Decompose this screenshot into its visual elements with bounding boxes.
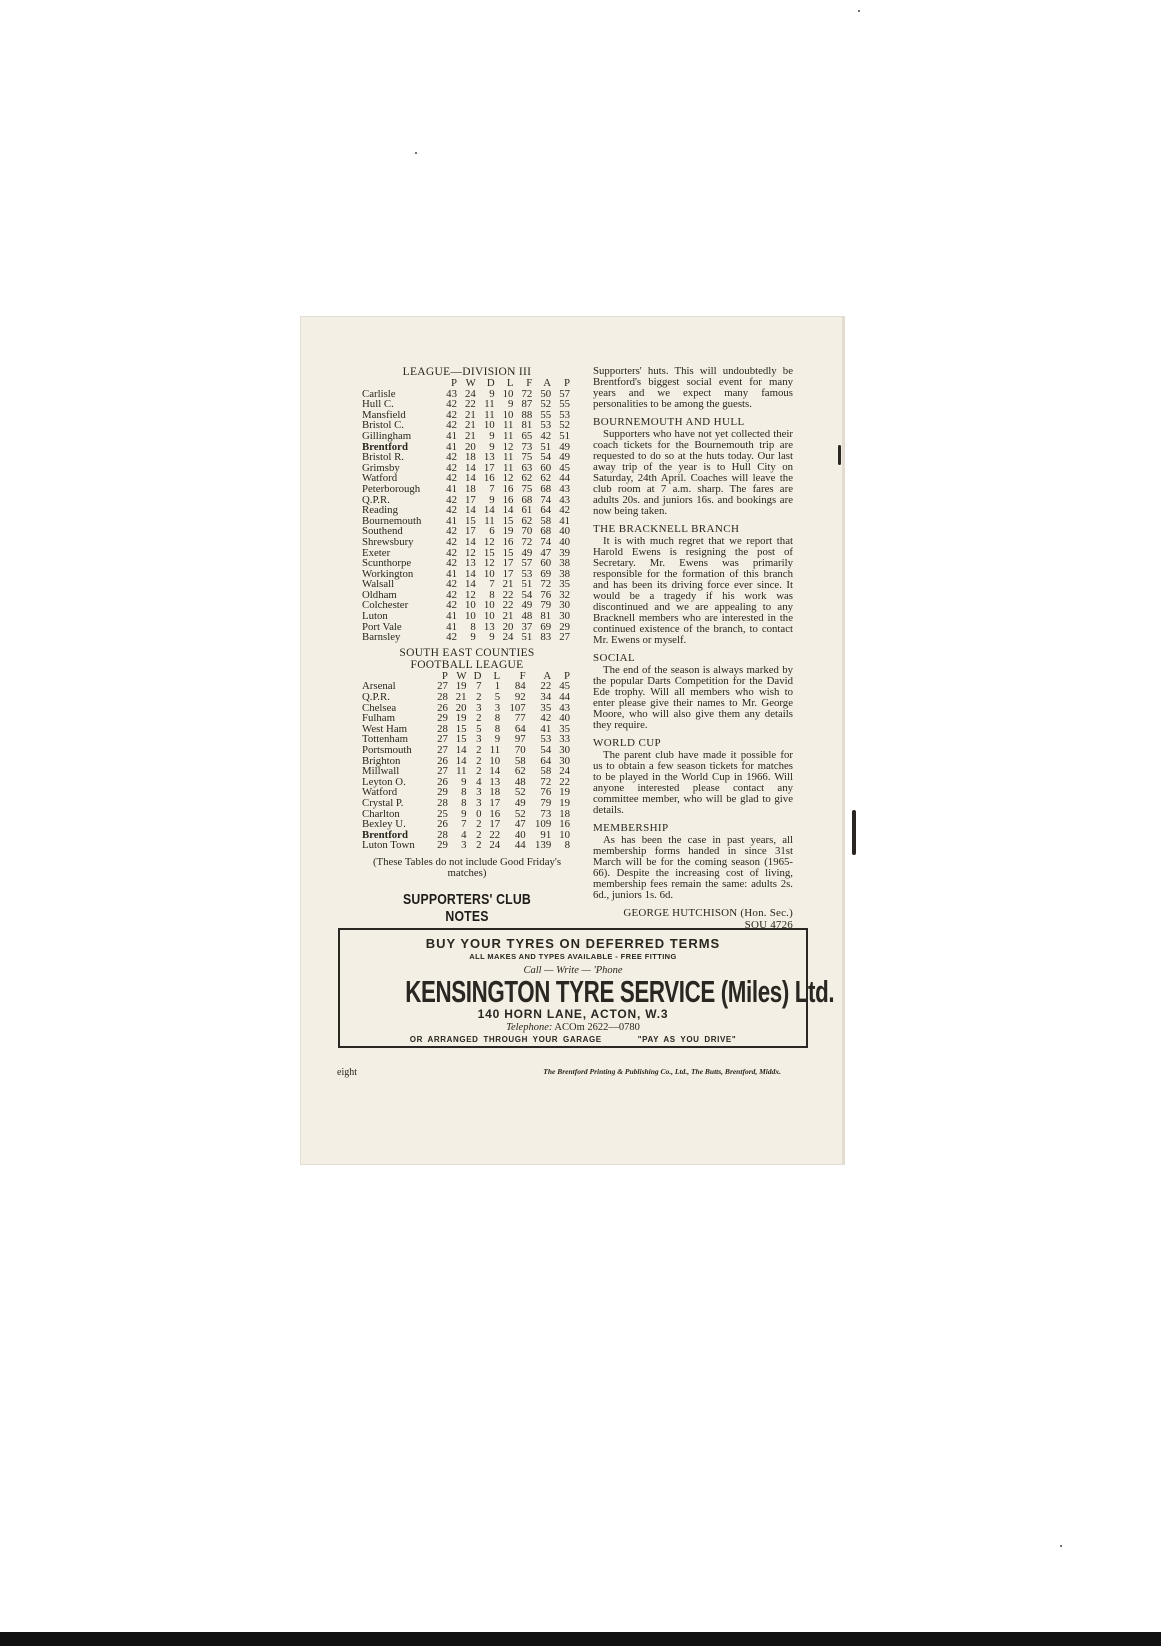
tables-note: (These Tables do not include Good Friday… — [362, 857, 572, 879]
stat-pts: 40 — [553, 537, 572, 548]
advert-address: 140 HORN LANE, ACTON, W.3 — [340, 1007, 806, 1021]
stat-p: 41 — [440, 484, 459, 495]
advert-slogan: "PAY AS YOU DRIVE" — [638, 1035, 737, 1044]
membership-heading: MEMBERSHIP — [593, 822, 793, 834]
column-header: A — [534, 378, 553, 389]
bournemouth-hull-text: Supporters who have not yet collected th… — [593, 429, 793, 517]
tyre-advert: BUY YOUR TYRES ON DEFERRED TERMS ALL MAK… — [338, 928, 808, 1048]
stat-l: 16 — [497, 537, 516, 548]
column-header: L — [497, 378, 516, 389]
stat-p: 41 — [440, 431, 459, 442]
secl-table: PWDLFAP Arsenal271971842245Q.P.R.2821259… — [362, 671, 572, 851]
secl-title-2: FOOTBALL LEAGUE — [362, 659, 572, 671]
stat-l: 24 — [497, 632, 516, 643]
stat-a: 54 — [528, 745, 554, 756]
column-header-team — [362, 378, 440, 389]
stat-d: 12 — [478, 537, 497, 548]
stat-w: 14 — [450, 745, 469, 756]
stat-a: 68 — [534, 484, 553, 495]
table-row: Crystal P.288317497919 — [362, 798, 572, 809]
stat-w: 8 — [450, 798, 469, 809]
world-cup-heading: WORLD CUP — [593, 737, 793, 749]
printer-credit: The Brentford Printing & Publishing Co.,… — [543, 1067, 781, 1076]
column-header: W — [459, 378, 478, 389]
advert-telephone-line: Telephone: ACOm 2622—0780 — [340, 1022, 806, 1033]
stat-a: 79 — [528, 798, 554, 809]
stat-w: 21 — [459, 431, 478, 442]
stat-f: 75 — [515, 484, 534, 495]
binding-mark — [852, 810, 856, 855]
stat-d: 7 — [478, 484, 497, 495]
advert-garage-text: OR ARRANGED THROUGH YOUR GARAGE — [410, 1035, 602, 1044]
team-name: Gillingham — [362, 431, 440, 442]
stat-pts: 30 — [553, 745, 572, 756]
table-row: Portsmouth2714211705430 — [362, 745, 572, 756]
membership-text: As has been the case in past years, all … — [593, 835, 793, 901]
team-name: Barnsley — [362, 632, 440, 643]
dinner-dance-continued: Supporters' huts. This will undoubtedly … — [593, 366, 793, 410]
stat-p: 27 — [431, 745, 450, 756]
binding-mark — [838, 445, 841, 465]
stat-d: 3 — [469, 798, 484, 809]
stat-l: 17 — [483, 798, 502, 809]
speck — [858, 10, 860, 12]
team-name: Peterborough — [362, 484, 440, 495]
advert-company-name: KENSINGTON TYRE SERVICE (Miles) Ltd. — [405, 975, 741, 1009]
column-header: D — [478, 378, 497, 389]
team-name: Portsmouth — [362, 745, 431, 756]
stat-d: 2 — [469, 745, 484, 756]
left-column: LEAGUE—DIVISION III PWDLFAP Carlisle4324… — [362, 366, 572, 962]
stat-pts: 19 — [553, 798, 572, 809]
telephone-number: ACOm 2622—0780 — [554, 1022, 639, 1033]
team-name: Crystal P. — [362, 798, 431, 809]
stat-a: 42 — [534, 431, 553, 442]
stat-l: 24 — [483, 840, 502, 851]
stat-a: 139 — [528, 840, 554, 851]
stat-p: 42 — [440, 537, 459, 548]
stat-w: 9 — [459, 632, 478, 643]
stat-pts: 27 — [553, 632, 572, 643]
column-header: F — [515, 378, 534, 389]
advert-subline: ALL MAKES AND TYPES AVAILABLE - FREE FIT… — [340, 952, 806, 961]
column-header: P — [553, 378, 572, 389]
table-row: Luton Town293224441398 — [362, 840, 572, 851]
signature: GEORGE HUTCHISON (Hon. Sec.) — [593, 907, 793, 919]
speck — [1060, 1545, 1062, 1547]
stat-f: 44 — [502, 840, 528, 851]
stat-w: 18 — [459, 484, 478, 495]
advert-headline: BUY YOUR TYRES ON DEFERRED TERMS — [340, 936, 806, 951]
team-name: Luton Town — [362, 840, 431, 851]
stat-pts: 43 — [553, 484, 572, 495]
page-number: eight — [337, 1067, 357, 1078]
stat-pts: 8 — [553, 840, 572, 851]
table-row: Peterborough4118716756843 — [362, 484, 572, 495]
stat-f: 51 — [515, 632, 534, 643]
column-header: P — [440, 378, 459, 389]
team-name: Shrewsbury — [362, 537, 440, 548]
bracknell-text: It is with much regret that we report th… — [593, 536, 793, 646]
stat-w: 14 — [459, 537, 478, 548]
social-heading: SOCIAL — [593, 652, 793, 664]
programme-page: LEAGUE—DIVISION III PWDLFAP Carlisle4324… — [300, 316, 843, 1165]
world-cup-text: The parent club have made it possible fo… — [593, 750, 793, 816]
stat-w: 3 — [450, 840, 469, 851]
stat-d: 9 — [478, 431, 497, 442]
telephone-label: Telephone: — [506, 1022, 552, 1033]
stat-l: 16 — [497, 484, 516, 495]
stat-f: 49 — [502, 798, 528, 809]
right-column: Supporters' huts. This will undoubtedly … — [593, 366, 793, 931]
stat-l: 11 — [497, 431, 516, 442]
scan-bottom-edge — [0, 1632, 1161, 1646]
division-iii-table: PWDLFAP Carlisle4324910725057Hull C.4222… — [362, 378, 572, 643]
stat-d: 9 — [478, 632, 497, 643]
stat-f: 72 — [515, 537, 534, 548]
stat-p: 28 — [431, 798, 450, 809]
supporters-club-heading: SUPPORTERS' CLUB NOTES — [381, 891, 553, 925]
stat-f: 65 — [515, 431, 534, 442]
speck — [415, 152, 417, 154]
stat-p: 42 — [440, 632, 459, 643]
table-row: Shrewsbury42141216727440 — [362, 537, 572, 548]
stat-l: 11 — [483, 745, 502, 756]
stat-p: 29 — [431, 840, 450, 851]
stat-d: 2 — [469, 840, 484, 851]
stat-pts: 51 — [553, 431, 572, 442]
page-edge — [842, 316, 845, 1165]
advert-bottom-line: OR ARRANGED THROUGH YOUR GARAGE"PAY AS Y… — [340, 1035, 806, 1044]
table-row: Gillingham4121911654251 — [362, 431, 572, 442]
bracknell-heading: THE BRACKNELL BRANCH — [593, 523, 793, 535]
table-row: Barnsley429924518327 — [362, 632, 572, 643]
secl-title-1: SOUTH EAST COUNTIES — [362, 647, 572, 659]
stat-a: 74 — [534, 537, 553, 548]
bournemouth-hull-heading: BOURNEMOUTH AND HULL — [593, 416, 793, 428]
social-text: The end of the season is always marked b… — [593, 665, 793, 731]
stat-f: 70 — [502, 745, 528, 756]
stat-a: 83 — [534, 632, 553, 643]
